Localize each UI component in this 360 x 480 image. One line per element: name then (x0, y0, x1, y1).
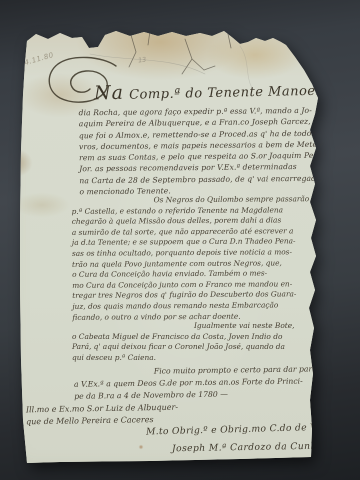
paper-cracks-and-creases (0, 0, 360, 480)
manuscript-page: 4.11.80 13 Na Comp.ª do Tenente Manoel P… (0, 0, 360, 480)
paper-sheet: 4.11.80 13 Na Comp.ª do Tenente Manoel P… (0, 0, 360, 480)
photograph-of-manuscript: 4.11.80 13 Na Comp.ª do Tenente Manoel P… (0, 0, 360, 480)
